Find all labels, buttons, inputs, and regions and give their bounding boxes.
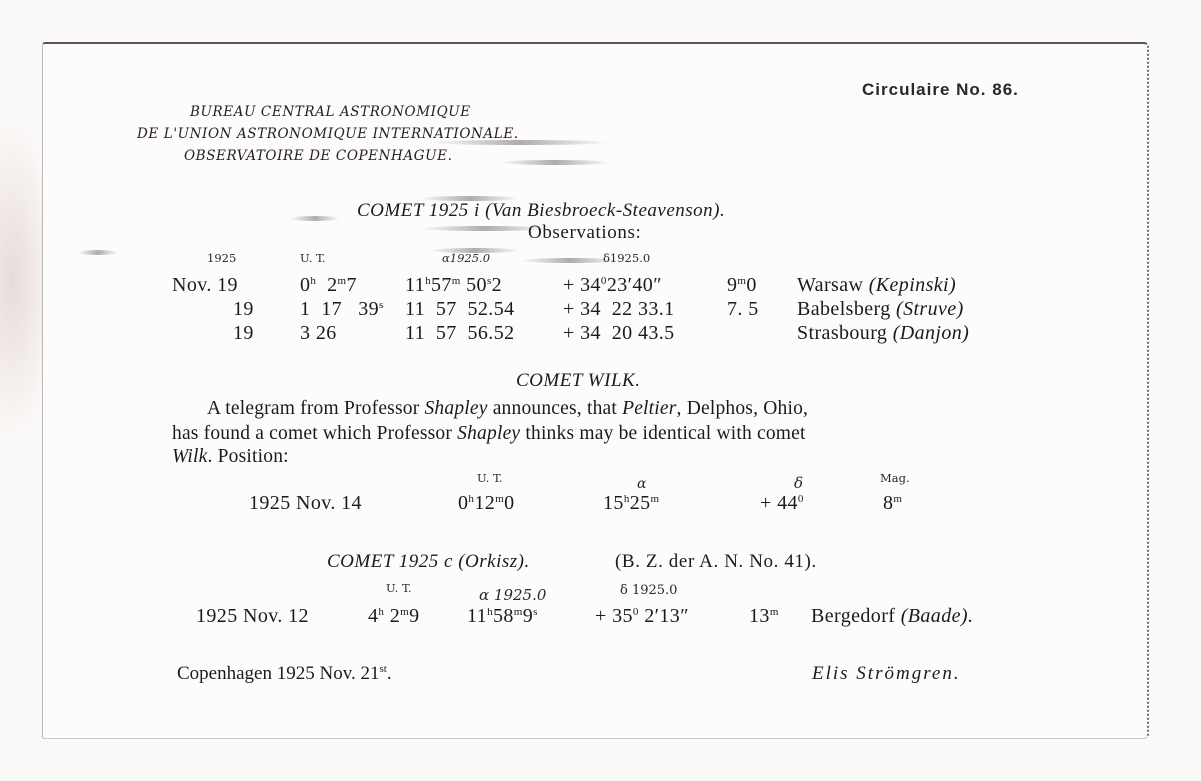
wilk-ut: 0h12m0 [458, 492, 515, 515]
wilk-col-delta: δ [794, 474, 803, 492]
obs-row-1-mag: 9m0 [727, 274, 757, 297]
comet2-para-line1: A telegram from Professor Shapley announ… [207, 398, 808, 420]
obs-row-3-ra: 11 57 56.52 [405, 322, 515, 345]
col-year: 1925 [207, 251, 236, 265]
obs-row-1-ut: 0h 2m7 [300, 274, 357, 297]
wilk-date: 1925 Nov. 14 [249, 492, 362, 515]
obs-row-3-dec: + 34 20 43.5 [563, 322, 675, 345]
comet3-reference: (B. Z. der A. N. No. 41). [615, 551, 817, 573]
obs-row-1-ra: 11h57m 50s2 [405, 274, 502, 297]
obs-row-2-ut: 1 17 39s [300, 298, 384, 321]
wilk-col-ut: U. T. [477, 471, 503, 485]
wilk-ra: 15h25m [603, 492, 660, 515]
obs-row-2-ra: 11 57 52.54 [405, 298, 515, 321]
col-delta: δ1925.0 [603, 251, 650, 265]
col-alpha: α1925.0 [442, 251, 490, 265]
wilk-col-alpha: α [637, 476, 646, 492]
circular-number: Circulaire No. 86. [862, 80, 1019, 100]
comet1-subtitle: Observations: [528, 222, 641, 244]
obs-row-3-station: Strasbourg (Danjon) [797, 322, 969, 345]
comet1-title: COMET 1925 i (Van Biesbroeck-Steavenson)… [357, 200, 725, 222]
wilk-col-mag: Mag. [880, 471, 910, 485]
obs-row-2-mag: 7. 5 [727, 298, 759, 321]
ink-smudge [78, 250, 118, 255]
comet2-title: COMET WILK. [516, 370, 640, 392]
comet2-para-line2: has found a comet which Professor Shaple… [172, 423, 806, 445]
header-line-1: BUREAU CENTRAL ASTRONOMIQUE [190, 104, 471, 120]
footer-place-date: Copenhagen 1925 Nov. 21st. [177, 663, 392, 685]
wilk-dec: + 440 [760, 492, 804, 515]
orkisz-col-delta: δ 1925.0 [620, 583, 677, 598]
orkisz-col-ut: U. T. [386, 581, 412, 595]
obs-row-2-dec: + 34 22 33.1 [563, 298, 675, 321]
orkisz-ut: 4h 2m9 [368, 605, 420, 628]
orkisz-dec: + 350 2′13″ [595, 605, 689, 628]
comet2-para-line3: Wilk. Position: [172, 446, 289, 468]
footer-signature: Elis Strömgren. [812, 663, 961, 685]
obs-row-3-ut: 3 26 [300, 322, 337, 345]
header-line-3: OBSERVATOIRE DE COPENHAGUE. [184, 148, 452, 164]
obs-row-2: 19 [233, 298, 254, 321]
col-ut: U. T. [300, 251, 326, 265]
obs-row-2-station: Babelsberg (Struve) [797, 298, 964, 321]
ink-smudge [500, 160, 610, 165]
ink-smudge [430, 140, 610, 145]
comet3-title: COMET 1925 c (Orkisz). [327, 551, 530, 573]
orkisz-ra: 11h58m9s [467, 605, 538, 628]
date: Nov. 19 [172, 274, 238, 296]
obs-row-1-dec: + 34023′40″ [563, 274, 662, 297]
obs-row-3: 19 [233, 322, 254, 345]
obs-row-1-station: Warsaw (Kepinski) [797, 274, 956, 297]
orkisz-station: Bergedorf (Baade). [811, 605, 973, 628]
ink-smudge [290, 216, 340, 221]
wilk-mag: 8m [883, 492, 902, 515]
orkisz-mag: 13m [749, 605, 779, 628]
obs-row-1: Nov. 19 [172, 274, 238, 297]
orkisz-date: 1925 Nov. 12 [196, 605, 309, 628]
orkisz-col-alpha: α 1925.0 [479, 586, 546, 604]
